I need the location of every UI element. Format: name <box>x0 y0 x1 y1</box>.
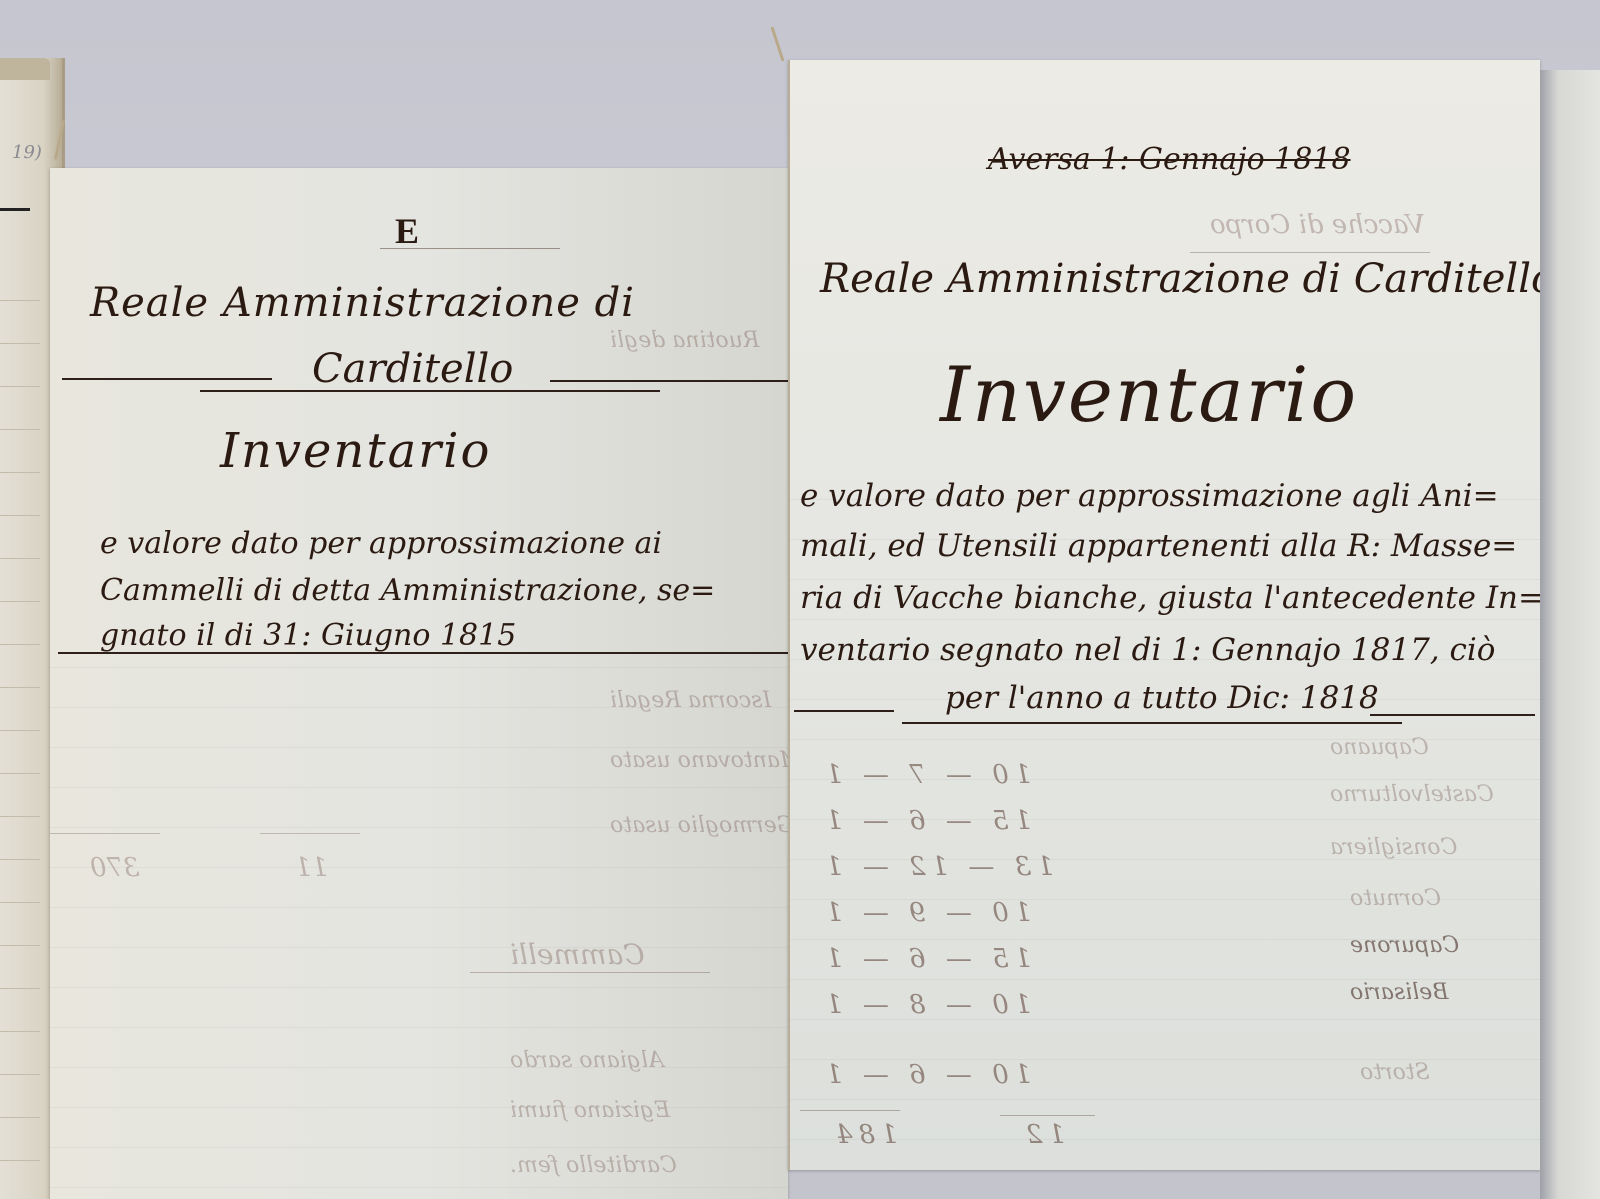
bleed-through-entry: Belisario <box>1350 980 1448 1005</box>
section-letter: E <box>395 210 419 252</box>
body-line: ventario segnato nel di 1: Gennajo 1817,… <box>800 632 1495 668</box>
bleed-through-number-row: 13 — 12 — 1 <box>820 852 1054 882</box>
closing-rule-right <box>1370 714 1535 716</box>
bleed-through-total: 12 <box>1020 1120 1065 1150</box>
bleed-through-entry: Algiano sardo <box>510 1048 664 1073</box>
bleed-through-entry: Capuano <box>1330 735 1429 760</box>
heading-line-1: Reale Amministrazione di <box>90 280 635 326</box>
section-divider <box>58 652 788 654</box>
bleed-through-entry: Ruotina degli <box>610 328 759 353</box>
body-line: ria di Vacche bianche, giusta l'antecede… <box>800 580 1544 616</box>
bleed-through-rule <box>470 972 710 973</box>
bleed-through-entry: Carditello fem. <box>510 1153 677 1178</box>
body-line: mali, ed Utensili appartenenti alla R: M… <box>800 528 1517 564</box>
bleed-through-number-row: 15 — 6 — 1 <box>820 806 1031 836</box>
bundle-tab <box>0 58 50 80</box>
bleed-through-entry: Egiziano fiumi <box>510 1098 670 1123</box>
body-line: per l'anno a tutto Dic: 1818 <box>945 680 1379 716</box>
bleed-through-entry: Consigliera <box>1330 835 1457 860</box>
body-line: gnato il di 31: Giugno 1815 <box>100 618 516 653</box>
right-document-page: Vacche di Corpo Castelvolturno Consiglie… <box>788 60 1540 1170</box>
bleed-through-entry: Cornuto <box>1350 886 1441 911</box>
bleed-through-rule <box>1190 252 1430 253</box>
closing-rule-under <box>902 722 1402 724</box>
bleed-through-entry: Mantovano usato <box>610 748 803 773</box>
bleed-through-rule <box>50 833 160 834</box>
bleed-through-entry: Storto <box>1360 1060 1430 1085</box>
bleed-through-entry: Capurone <box>1350 933 1459 958</box>
bleed-through-total: 184 <box>830 1120 898 1150</box>
bleed-through-entry: Iscorna Regali <box>610 688 771 713</box>
bleed-through-number-row: 10 — 6 — 1 <box>820 1060 1031 1090</box>
bleed-through-number-row: 10 — 7 — 1 <box>820 760 1031 790</box>
heading: Reale Amministrazione di Carditello <box>820 256 1555 302</box>
bundle-ruled-lines <box>0 258 40 1199</box>
faint-ruling <box>50 628 788 1199</box>
bleed-through-section: Cammelli <box>510 938 645 971</box>
heading-line-2: Carditello <box>312 346 513 392</box>
body-line: e valore dato per approssimazione ai <box>100 526 662 561</box>
bundle-page-number: 19) <box>12 142 42 163</box>
heading-rule-right <box>550 380 788 382</box>
bundle-ink-mark <box>0 208 30 211</box>
bleed-through-header: Vacche di Corpo <box>1210 210 1425 240</box>
bleed-through-entry: Germoglio usato <box>610 813 794 838</box>
bleed-through-rule <box>800 1110 900 1111</box>
bleed-through-entry: Castelvolturno <box>1330 782 1494 807</box>
bleed-through-number-row: 10 — 8 — 1 <box>820 990 1031 1020</box>
bleed-through-number-row: 15 — 6 — 1 <box>820 944 1031 974</box>
bleed-through-number-row: 10 — 9 — 1 <box>820 898 1031 928</box>
right-adjacent-page-edge <box>1540 70 1600 1199</box>
letter-underline <box>380 248 560 249</box>
heading-rule-left <box>62 378 272 380</box>
document-title: Inventario <box>940 350 1358 439</box>
document-title: Inventario <box>220 423 491 479</box>
bleed-through-rule <box>1000 1115 1095 1116</box>
bleed-through-rule <box>260 833 360 834</box>
bleed-through-total: 370 <box>90 853 140 883</box>
closing-rule-left <box>794 710 894 712</box>
place-and-date: Aversa 1: Gennajo 1818 <box>988 142 1351 177</box>
bleed-through-total: 11 <box>295 853 328 883</box>
body-line: Cammelli di detta Amministrazione, se= <box>100 573 715 608</box>
body-line: e valore dato per approssimazione agli A… <box>800 478 1499 514</box>
left-document-page: Ruotina degli Iscorna Regali Mantovano u… <box>50 168 788 1199</box>
